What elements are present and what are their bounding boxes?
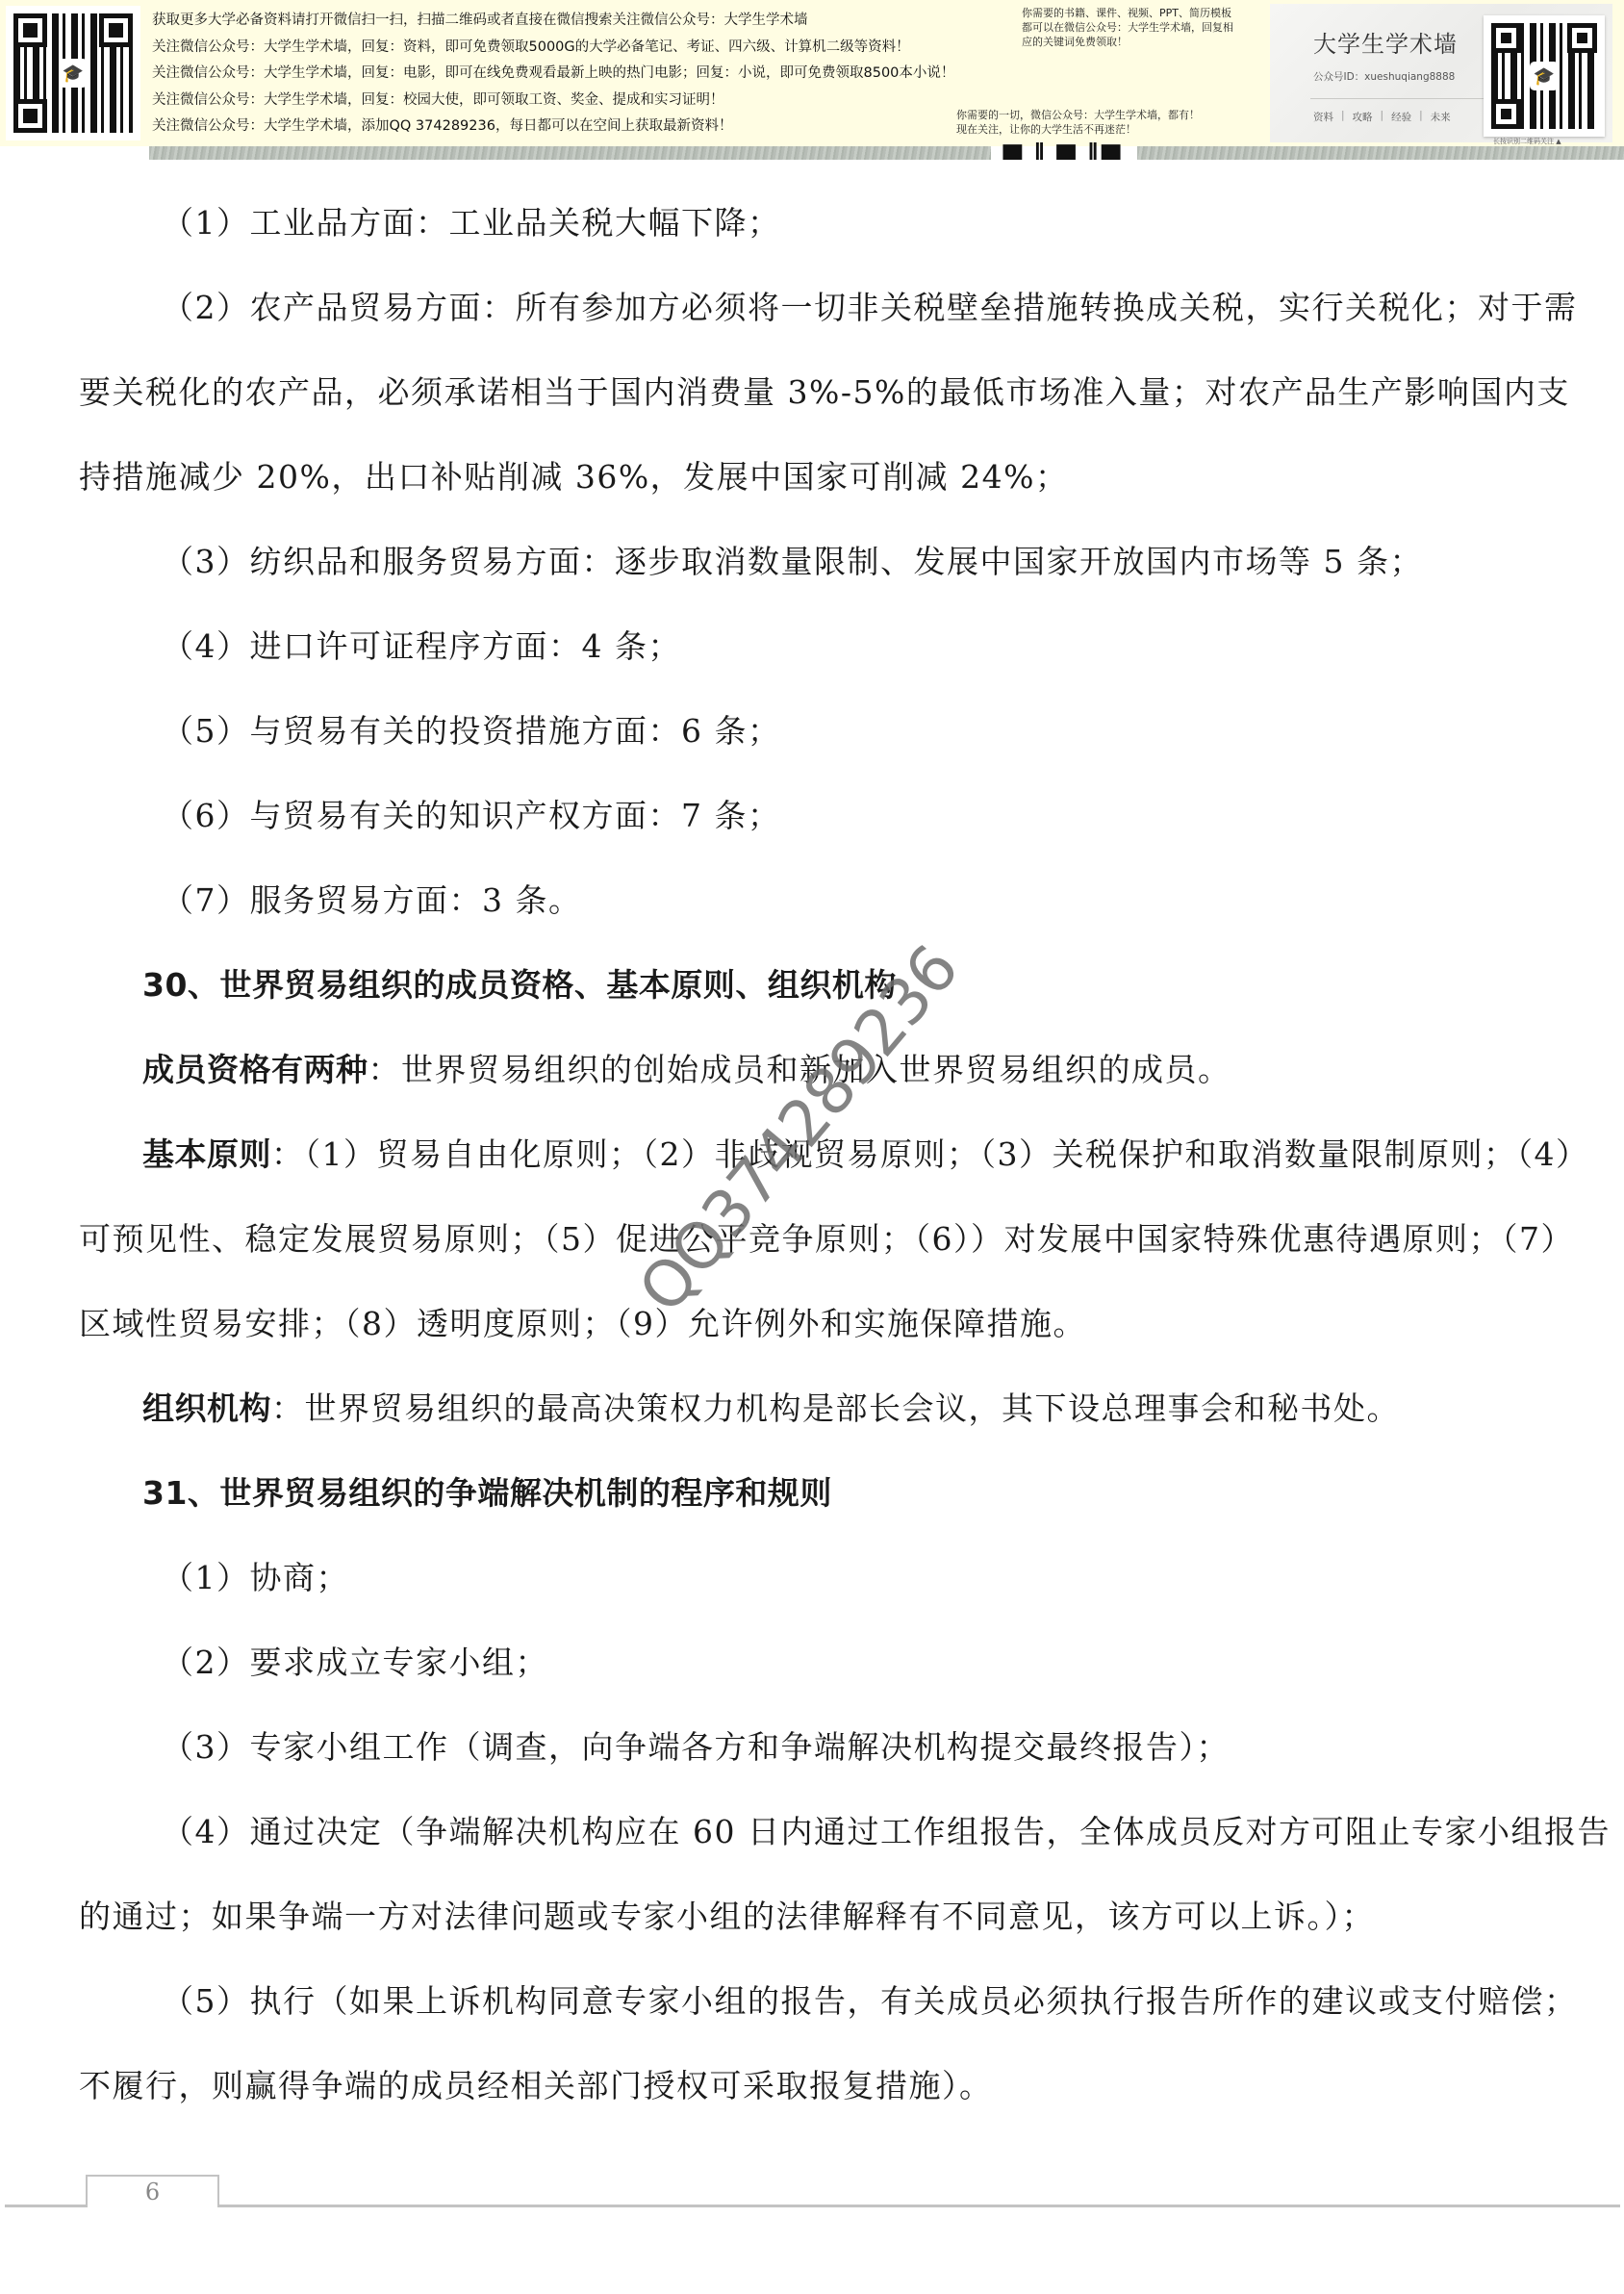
page-number-tab: 6 xyxy=(86,2175,219,2207)
link-future[interactable]: 未来 xyxy=(1431,110,1451,124)
note-line: 现在关注，让你的大学生活不再迷茫！ xyxy=(956,122,1200,137)
list-item: （4）通过决定（争端解决机构应在 60 日内通过工作组报告，全体成员反对方可阻止… xyxy=(79,1790,1541,1874)
banner-line: 关注微信公众号：大学生学术墙，回复：校园大使，即可领取工资、奖金、提成和实习证明… xyxy=(152,88,954,115)
section-heading: 30、世界贸易组织的成员资格、基本原则、组织机构 xyxy=(79,943,1541,1028)
continuation-line: 持措施减少 20%，出口补贴削减 36%，发展中国家可削减 24%； xyxy=(79,435,1541,520)
banner-note-top: 你需要的书籍、课件、视频、PPT、简历模板 都可以在微信公众号：大学生学术墙，回… xyxy=(1022,6,1233,49)
list-item: （6）与贸易有关的知识产权方面：7 条； xyxy=(79,774,1541,858)
paragraph-label: 基本原则 xyxy=(142,1135,271,1173)
account-id: 公众号ID：xueshuqiang8888 xyxy=(1313,69,1455,84)
continuation-line: 的通过；如果争端一方对法律问题或专家小组的法律解释有不同意见，该方可以上诉。）； xyxy=(79,1874,1541,1959)
banner-line: 关注微信公众号：大学生学术墙，回复：资料，即可免费领取5000G的大学必备笔记、… xyxy=(152,35,954,62)
link-materials[interactable]: 资料 xyxy=(1313,110,1333,124)
paragraph-text: ：世界贸易组织的最高决策权力机构是部长会议，其下设总理事会和秘书处。 xyxy=(271,1389,1400,1427)
promo-banner: 🎓 获取更多大学必备资料请打开微信扫一扫，扫描二维码或者直接在微信搜索关注微信公… xyxy=(0,0,1624,146)
banner-line: 关注微信公众号：大学生学术墙，添加QQ 374289236，每日都可以在空间上获… xyxy=(152,114,954,140)
graduation-cap-icon: 🎓 xyxy=(59,59,88,88)
note-line: 应的关键词免费领取！ xyxy=(1022,35,1233,49)
qr-code-right[interactable]: 🎓 xyxy=(1484,15,1605,137)
link-guides[interactable]: 攻略 xyxy=(1353,110,1373,124)
account-card: 大学生学术墙 公众号ID：xueshuqiang8888 资料 | 攻略 | 经… xyxy=(1270,4,1612,142)
continuation-line: 要关税化的农产品，必须承诺相当于国内消费量 3%-5%的最低市场准入量；对农产品… xyxy=(79,350,1541,435)
footer-rule xyxy=(217,2205,1620,2207)
continuation-line: 区域性贸易安排；（8）透明度原则；（9）允许例外和实施保障措施。 xyxy=(79,1282,1541,1366)
divider xyxy=(1310,98,1493,99)
banner-text-fragment: ■ ‖ ■ ‖■ ! xyxy=(1001,142,1126,160)
page-number: 6 xyxy=(145,2179,160,2205)
list-item: （1）协商； xyxy=(79,1536,1541,1620)
note-line: 你需要的书籍、课件、视频、PPT、简历模板 xyxy=(1022,6,1233,20)
paragraph-text: ：（1）贸易自由化原则；（2）非歧视贸易原则；（3）关税保护和取消数量限制原则；… xyxy=(271,1135,1588,1173)
banner-strip xyxy=(149,146,991,160)
list-item: （2）要求成立专家小组； xyxy=(79,1620,1541,1705)
list-item: （1）工业品方面：工业品关税大幅下降； xyxy=(79,181,1541,266)
paragraph-label: 组织机构 xyxy=(142,1389,271,1427)
banner-line: 获取更多大学必备资料请打开微信扫一扫，扫描二维码或者直接在微信搜索关注微信公众号… xyxy=(152,8,954,35)
list-item: （3）专家小组工作（调查，向争端各方和争端解决机构提交最终报告）； xyxy=(79,1705,1541,1790)
separator: | xyxy=(1419,110,1423,124)
note-line: 你需要的一切，微信公众号：大学生学术墙，都有！ xyxy=(956,108,1200,122)
separator: | xyxy=(1341,110,1345,124)
list-item: （2）农产品贸易方面：所有参加方必须将一切非关税壁垒措施转换成关税，实行关税化；… xyxy=(79,266,1541,350)
list-item: （7）服务贸易方面：3 条。 xyxy=(79,858,1541,943)
list-item: （5）执行（如果上诉机构同意专家小组的报告，有关成员必须执行报告所作的建议或支付… xyxy=(79,1959,1541,2044)
banner-note-bottom: 你需要的一切，微信公众号：大学生学术墙，都有！ 现在关注，让你的大学生活不再迷茫… xyxy=(956,108,1200,137)
continuation-line: 不履行，则赢得争端的成员经相关部门授权可采取报复措施）。 xyxy=(79,2044,1541,2128)
link-experience[interactable]: 经验 xyxy=(1391,110,1411,124)
list-item: （5）与贸易有关的投资措施方面：6 条； xyxy=(79,689,1541,774)
labeled-paragraph: 组织机构：世界贸易组织的最高决策权力机构是部长会议，其下设总理事会和秘书处。 xyxy=(79,1366,1541,1451)
qr-finder-icon xyxy=(13,99,47,133)
account-links: 资料 | 攻略 | 经验 | 未来 xyxy=(1313,110,1451,124)
qr-code-left[interactable]: 🎓 xyxy=(6,6,140,140)
footer-rule xyxy=(5,2205,86,2207)
list-item: （4）进口许可证程序方面：4 条； xyxy=(79,604,1541,689)
qr-caption: 长按识别二维码关注 ▲ xyxy=(1493,137,1561,146)
note-line: 都可以在微信公众号：大学生学术墙，回复相 xyxy=(1022,20,1233,35)
banner-text: 获取更多大学必备资料请打开微信扫一扫，扫描二维码或者直接在微信搜索关注微信公众号… xyxy=(152,8,954,140)
qr-pattern: 🎓 xyxy=(13,13,133,133)
list-item: （3）纺织品和服务贸易方面：逐步取消数量限制、发展中国家开放国内市场等 5 条； xyxy=(79,520,1541,604)
paragraph-label: 成员资格有两种 xyxy=(142,1051,368,1088)
graduation-cap-icon: 🎓 xyxy=(1530,62,1559,90)
qr-pattern: 🎓 xyxy=(1491,23,1597,129)
continuation-line: 可预见性、稳定发展贸易原则；（5）促进公平竞争原则；（6））对发展中国家特殊优惠… xyxy=(79,1197,1541,1282)
banner-strip xyxy=(1137,146,1624,160)
account-title: 大学生学术墙 xyxy=(1313,25,1458,59)
qr-finder-icon xyxy=(1491,99,1521,129)
banner-line: 关注微信公众号：大学生学术墙，回复：电影，即可在线免费观看最新上映的热门电影；回… xyxy=(152,61,954,88)
section-heading: 31、世界贸易组织的争端解决机制的程序和规则 xyxy=(79,1451,1541,1536)
separator: | xyxy=(1381,110,1384,124)
